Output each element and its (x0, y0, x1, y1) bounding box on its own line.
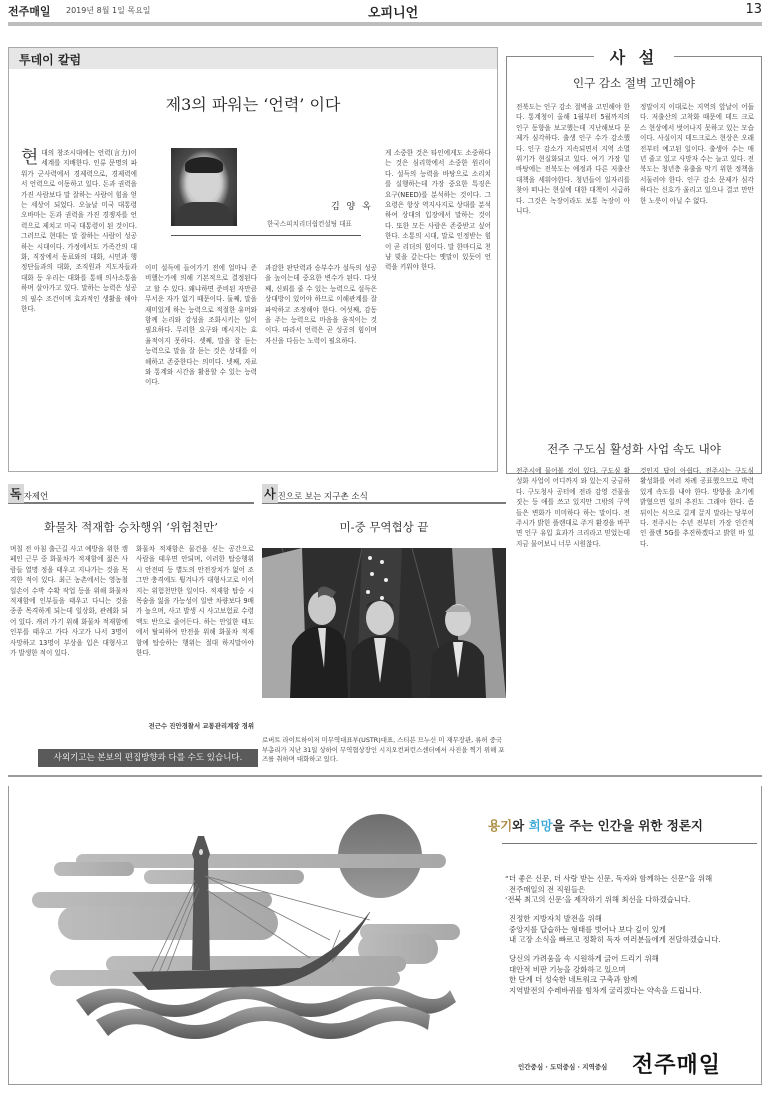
section-divider (8, 775, 762, 777)
ad-paragraph-1: “더 좋은 신문, 더 사랑 받는 신문, 독자와 함께하는 신문”을 위해전주… (505, 874, 712, 906)
issue-date: 2019년 8월 1일 목요일 (66, 5, 151, 16)
photo-news-title: 미-중 무역협상 끝 (262, 519, 506, 535)
today-column-col1: 현 대의 창조시대에는 언력(言力)이 세계를 지배한다. 인류 문명의 파워가… (21, 148, 137, 466)
editorial-title-1: 인구 감소 절벽 고민해야 (506, 75, 762, 91)
author-name: 김 양 옥 (331, 199, 373, 212)
photo-caption: 로버트 라이트하이저 미무역대표부(USTR)대표, 스티븐 므누신 미 재무장… (262, 736, 506, 765)
reader-letter-title: 화물차 적재함 승차행위 ‘위험천만’ (8, 519, 254, 535)
ad-paragraph-2: 진정한 지방자치 발전을 위해중앙지를 답습하는 형태를 벗어나 보다 깊이 있… (509, 914, 721, 946)
reader-letter-label-cap: 독 (8, 484, 24, 503)
author-title: 한국스피치리더쉽컨설팅 대표 (267, 218, 352, 228)
pen-ship-illustration (10, 790, 470, 1080)
trade-talks-photo-art (262, 548, 506, 698)
ad-motto: 인간중심 · 도덕중심 · 지역중심 (518, 1062, 607, 1071)
paper-name: 전주매일 (8, 3, 51, 19)
photo-news-label: 진으로 보는 지구촌 소식 (278, 492, 368, 502)
editorial-title-2: 전주 구도심 활성화 사업 속도 내야 (506, 441, 762, 457)
ad-divider (502, 843, 757, 844)
today-column-col2: 이미 설득에 들어가기 전에 얼마나 준비했는가에 의해 기본적으로 결정된다고… (145, 263, 257, 466)
author-portrait (171, 148, 237, 226)
reader-letter-col2: 화물차 적재함은 물건을 싣는 공간으로 사람을 태우면 안되며, 이러한 탑승… (136, 544, 254, 720)
reader-letter-signature: 전근수 진안경찰서 교통관리계장 경위 (128, 721, 254, 730)
editorial-1-col1: 전북도는 인구 감소 절벽을 고민해야 한다. 통계청이 올해 1월부터 5월까… (516, 102, 630, 422)
reader-letter-header: 독자제언 (8, 484, 254, 504)
editorial-2-col2: 것인지 답이 아쉽다. 전주시는 구도심 활성화를 여러 차례 공표했으므로 박… (640, 466, 754, 786)
today-column: 투데이 칼럼 제3의 파워는 ‘언력’ 이다 현 대의 창조시대에는 언력(言力… (8, 47, 498, 472)
today-column-col4: 게 소중한 것은 타인에게도 소중하다는 것은 심리학에서 소중한 원리이다. … (385, 148, 491, 466)
author-divider (171, 235, 361, 236)
today-column-label: 투데이 칼럼 (19, 51, 81, 68)
section-title: 오피니언 (368, 2, 418, 21)
drop-cap: 현 (21, 148, 38, 168)
reader-letter-label: 자제언 (24, 492, 49, 502)
today-column-col3: 과감한 판단력과 승부수가 설득의 성공을 높이는데 중요한 변수가 된다. 다… (265, 263, 377, 466)
photo-news-header: 사진으로 보는 지구촌 소식 (262, 484, 506, 504)
editorial-label: 사 설 (506, 45, 762, 68)
page-number: 13 (745, 2, 762, 17)
op-ed-disclaimer: 사외기고는 본보의 편집방향과 다를 수도 있습니다. (38, 749, 258, 767)
masthead-rule (8, 22, 762, 26)
photo-news-label-cap: 사 (262, 484, 278, 503)
editorial-2-col1: 전주시에 물어볼 것이 있다. 구도심 활성화 사업이 어디까지 와 있는지 궁… (516, 466, 630, 786)
ad-brand-logo: 전주매일 (632, 1048, 721, 1079)
masthead: 전주매일 2019년 8월 1일 목요일 오피니언 13 (8, 0, 762, 20)
today-column-title: 제3의 파워는 ‘언력’ 이다 (9, 92, 497, 115)
editorial-1-col2: 정말이지 이대로는 지역의 앞날이 어둡다. 저출산의 고착화 때문에 데드 크… (640, 102, 754, 422)
today-column-header: 투데이 칼럼 (9, 48, 497, 69)
reader-letter-col1: 며칠 전 아침 출근길 사고 예방을 위한 캠페인 근무 중 화물차가 적재함에… (10, 544, 128, 734)
ad-slogan: 용기와 희망을 주는 인간을 위한 정론지 (488, 816, 703, 834)
news-photo (262, 548, 506, 698)
ad-paragraph-3: 당신의 가려움을 속 시원하게 긁어 드리기 위해대안적 비판 기능을 강화하고… (509, 954, 702, 996)
